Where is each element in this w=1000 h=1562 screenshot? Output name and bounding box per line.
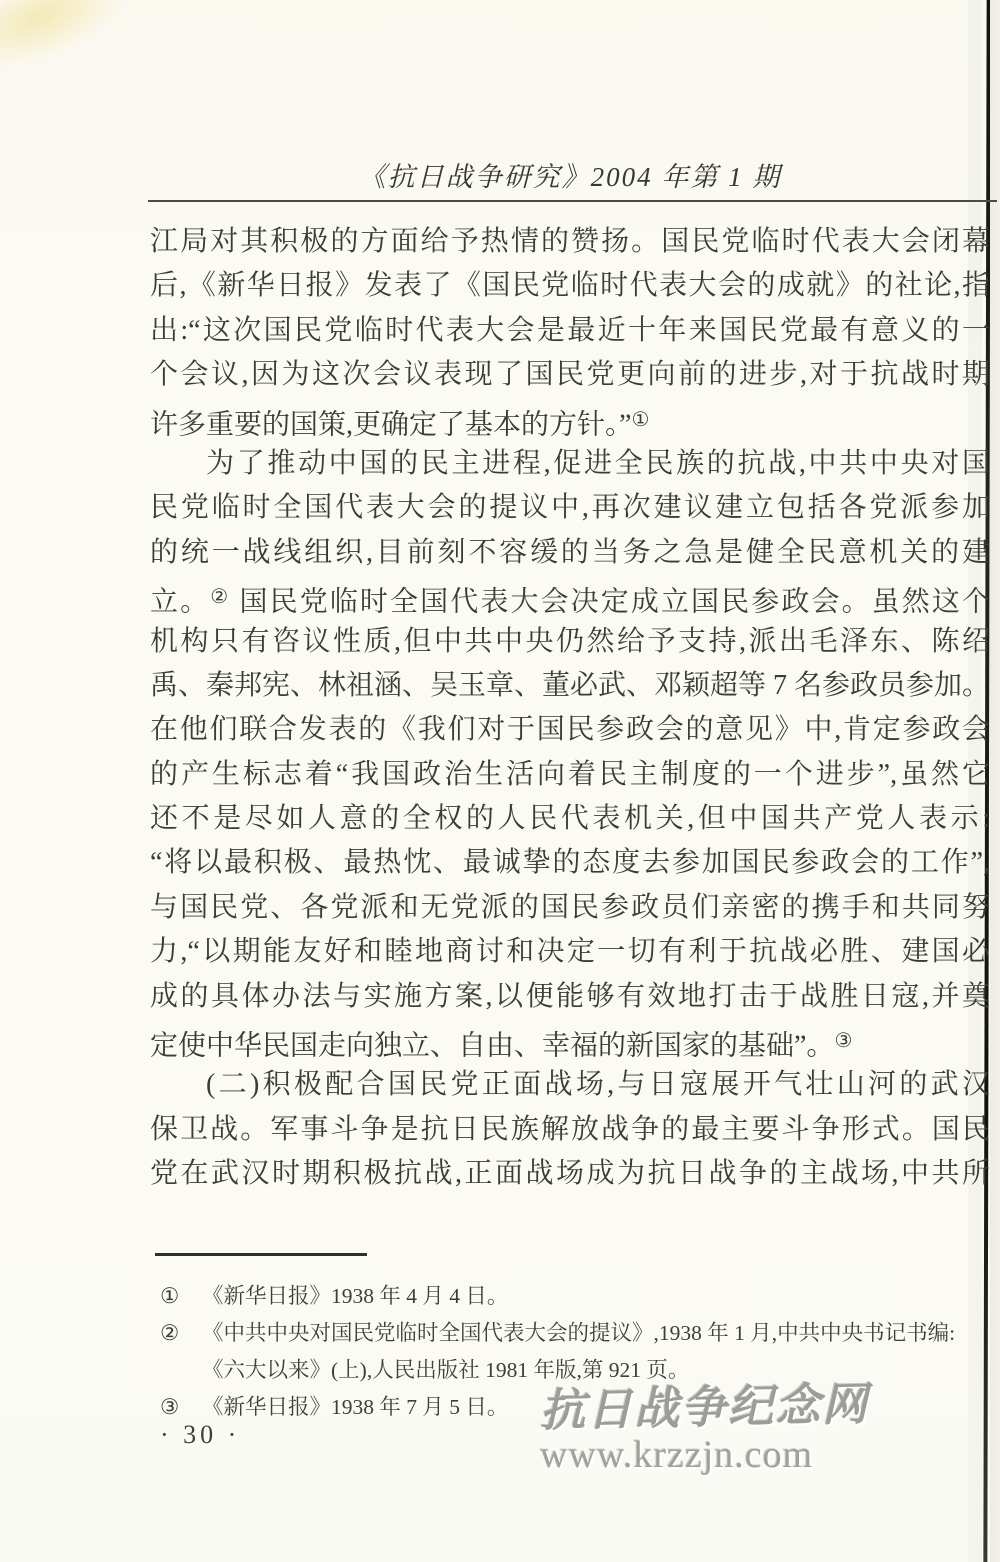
body-line: 在他们联合发表的《我们对于国民参政会的意见》中,肯定参政会: [150, 708, 990, 752]
body-line: 成的具体办法与实施方案,以便能够有效地打击于战胜日寇,并奠: [150, 975, 990, 1019]
body-line: 立。② 国民党临时全国代表大会决定成立国民参政会。虽然这个: [150, 575, 990, 619]
footnote-marker: ①: [152, 1278, 202, 1315]
watermark-url-text: www.krzzjn.com: [540, 1433, 940, 1477]
journal-header: 《抗日战争研究》2004 年第 1 期: [150, 155, 990, 195]
body-line: 党在武汉时期积极抗战,正面战场成为抗日战争的主战场,中共所: [150, 1152, 990, 1196]
body-line: “将以最积极、最热忱、最诚挚的态度去参加国民参政会的工作”,: [150, 841, 990, 885]
body-line: 江局对其积极的方面给予热情的赞扬。国民党临时代表大会闭幕: [150, 220, 990, 264]
body-line: 与国民党、各党派和无党派的国民参政员们亲密的携手和共同努: [150, 886, 990, 930]
scanned-page: 《抗日战争研究》2004 年第 1 期 江局对其积极的方面给予热情的赞扬。国民党…: [0, 0, 1000, 1562]
footnote-text: 《新华日报》1938 年 4 月 4 日。: [202, 1278, 997, 1315]
footnote-text: 《中共中央对国民党临时全国代表大会的提议》,1938 年 1 月,中共中央书记书…: [202, 1315, 997, 1389]
body-line: 定使中华民国走向独立、自由、幸福的新国家的基础”。③: [150, 1019, 990, 1063]
footnote-3: ③ 《新华日报》1938 年 7 月 5 日。: [152, 1389, 997, 1426]
scan-smudge: [0, 0, 145, 79]
body-line: 后,《新华日报》发表了《国民党临时代表大会的成就》的社论,指: [150, 264, 990, 308]
body-line: 许多重要的国策,更确定了基本的方针。”①: [150, 398, 990, 442]
body-line: 出:“这次国民党临时代表大会是最近十年来国民党最有意义的一: [150, 309, 990, 353]
body-line: 的统一战线组织,目前刻不容缓的当务之急是健全民意机关的建: [150, 531, 990, 575]
header-rule: [148, 200, 997, 202]
body-line: (二)积极配合国民党正面战场,与日寇展开气壮山河的武汉: [150, 1063, 990, 1107]
footnote-1: ① 《新华日报》1938 年 4 月 4 日。: [152, 1278, 997, 1315]
article-body: 江局对其积极的方面给予热情的赞扬。国民党临时代表大会闭幕 后,《新华日报》发表了…: [150, 220, 990, 1197]
body-line: 民党临时全国代表大会的提议中,再次建议建立包括各党派参加: [150, 486, 990, 530]
footnote-text: 《新华日报》1938 年 7 月 5 日。: [202, 1389, 997, 1426]
body-line: 个会议,因为这次会议表现了国民党更向前的进步,对于抗战时期: [150, 353, 990, 397]
page-number: · 30 ·: [160, 1420, 240, 1450]
footnotes: ① 《新华日报》1938 年 4 月 4 日。 ② 《中共中央对国民党临时全国代…: [152, 1278, 997, 1426]
body-line: 还不是尽如人意的全权的人民代表机关,但中国共产党人表示:: [150, 797, 990, 841]
body-line: 的产生标志着“我国政治生活向着民主制度的一个进步”,虽然它: [150, 753, 990, 797]
body-line: 为了推动中国的民主进程,促进全民族的抗战,中共中央对国: [150, 442, 990, 486]
body-line: 机构只有咨议性质,但中共中央仍然给予支持,派出毛泽东、陈绍: [150, 620, 990, 664]
body-line: 保卫战。军事斗争是抗日民族解放战争的最主要斗争形式。国民: [150, 1108, 990, 1152]
footnote-divider: [155, 1253, 367, 1256]
footnote-2: ② 《中共中央对国民党临时全国代表大会的提议》,1938 年 1 月,中共中央书…: [152, 1315, 997, 1389]
body-line: 力,“以期能友好和睦地商讨和决定一切有利于抗战必胜、建国必: [150, 930, 990, 974]
footnote-marker: ②: [152, 1315, 202, 1389]
body-line: 禹、秦邦宪、林祖涵、吴玉章、董必武、邓颖超等 7 名参政员参加。: [150, 664, 990, 708]
